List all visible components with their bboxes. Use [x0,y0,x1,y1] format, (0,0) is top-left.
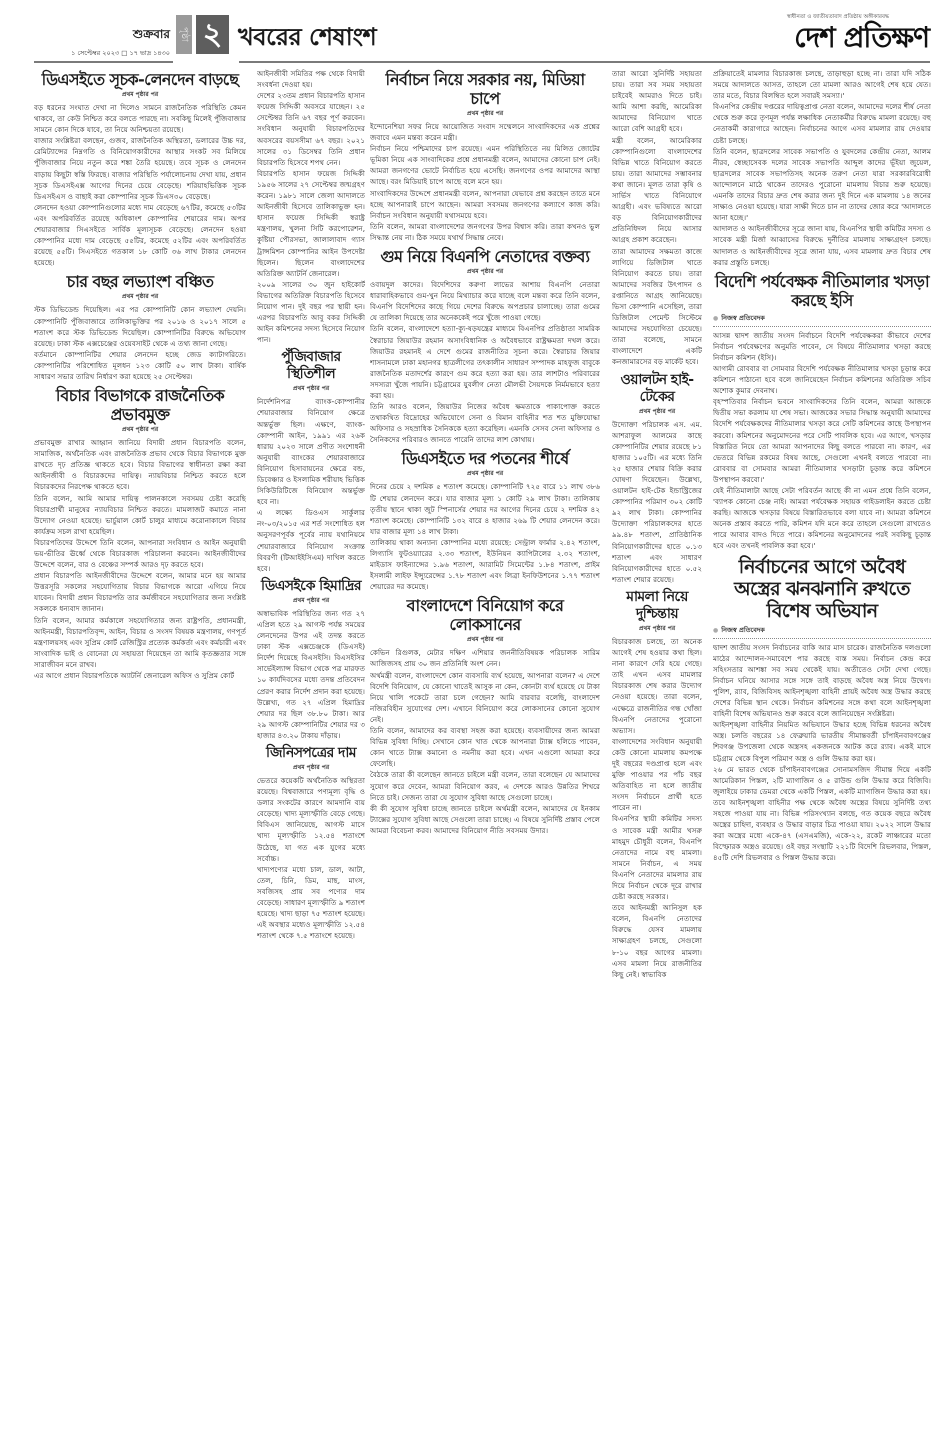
paragraph: বাংলাদেশের সংবিধান অনুযায়ী কেউ কোনো মাম… [612,736,702,814]
paragraph: আসন্ন দ্বাদশ জাতীয় সংসদ নির্বাচনে বিদেশ… [713,330,931,363]
date-block: শুক্রবার ১ সেপ্টেম্বর ২০২৩ □ ১৭ ভাদ্র ১৪… [71,26,170,59]
paragraph: বিচারপতি হাসান ফয়েজ সিদ্দিকী ১৯৫৬ সালের… [257,168,365,279]
paragraph: তারা আমাদের সক্ষমতা কাজে লাগিয়ে ডিজিটাল… [612,246,702,368]
paragraph: ২৬ মে ভারত থেকে চাঁপাইনবাবগঞ্জের সোনামসজ… [713,764,931,797]
story-walton: ওয়ালটন হাই-টেকের প্রথম পৃষ্ঠার পর উদ্যো… [612,372,702,585]
story-dse-index: ডিএসইতে সূচক-লেনদেন বাড়ছে প্রথম পৃষ্ঠার… [34,70,246,268]
paragraph: তবে আইনমন্ত্রী আনিসুল হক বলেন, বিএনপি নে… [612,902,702,980]
jump-line: প্রথম পৃষ্ঠার পর [257,595,365,606]
paragraph: নির্বাচন নিয়ে পশ্চিমাদের চাপ রয়েছে। এম… [370,143,600,187]
headline[interactable]: বাংলাদেশে বিনিয়োগ করে লোকসানের [370,596,600,634]
paragraph: তবে আইনশৃঙ্খলা বাহিনীর পক্ষ থেকে অবৈধ অস… [713,797,931,864]
jump-line: প্রথম পৃষ্ঠার পর [257,383,365,394]
paragraph: তিনি বলেন, আমরা বাংলাদেশের জনগণের উপর বি… [370,221,600,243]
headline[interactable]: ডিএসইতে দর পতনের শীর্ষে [370,449,600,468]
masthead: শুক্রবার ১ সেপ্টেম্বর ২০২৩ □ ১৭ ভাদ্র ১৪… [0,0,945,66]
byline: নিজস্ব প্রতিবেদক [713,313,931,324]
paragraph: প্রভাবমুক্ত রাখার আহ্বান জানিয়ে বিদায়ী… [34,437,246,492]
paragraph: যেই নীতিমালাটা আছে সেটা পরিবর্তন আছে কী … [713,485,931,552]
headline[interactable]: পুঁজিবাজার স্থিতিশীল [257,349,365,383]
paragraph: আদালত ও আইনজীবীদের সূত্রে জানা যায়, বিএ… [713,223,931,267]
jump-line: প্রথম পৃষ্ঠার পর [34,424,246,435]
paragraph: তিনি বলেন, বাংলাদেশে হত্যা-ক্যু-ষড়যন্ত্… [370,323,600,401]
header-rule-right [239,61,930,63]
paragraph: তিনি বলেন, ছাত্রদলের সাবেক সভাপতি ও যুবদ… [713,146,931,224]
header-rule-left [34,61,173,63]
story-enforced-disappearance: গুম নিয়ে বিএনপি নেতাদের বক্তব্য প্রথম প… [370,247,600,445]
paragraph: প্রক্রিয়াতেই মামলার বিচারকাজ চলছে, তাড়… [713,68,931,101]
paragraph: আইনশৃঙ্খলা বাহিনীর নিয়মিত অভিযানে উদ্ধা… [713,719,931,763]
headline[interactable]: বিদেশি পর্যবেক্ষক নীতিমালার খসড়া করছে ই… [713,272,931,310]
paragraph: বিএনপির স্থায়ী কমিটির সদস্য ও সাবেক মন্… [612,813,702,902]
paragraph: তিনি বলেন, আমি আমার দায়িত্ব পালনকালে সব… [34,493,246,537]
paragraph: তিনি বলেন, আমার কর্মকালে সহযোগিতার জন্য … [34,615,246,670]
issue-date: ১ সেপ্টেম্বর ২০২৩ □ ১৭ ভাদ্র ১৪৩০ [71,48,170,59]
paragraph: তারা আরো সুনির্দিষ্ট সহায়তা চায়। তারা … [612,68,702,135]
story-dse-drop: ডিএসইতে দর পতনের শীর্ষে প্রথম পৃষ্ঠার পর… [370,449,600,592]
page-tag: পৃষ্ঠা [176,15,192,54]
story-judiciary-continued: আইনজীবী সমিতির পক্ষ থেকে বিদায়ী সংবর্ধন… [257,68,365,345]
paragraph: তিনি আরও বলেন, জিয়াউর নিজের অবৈধ ক্ষমতা… [370,401,600,445]
paragraph: নির্দেশনিপত্র ব্যাংক-কোম্পানীর শেয়ারবাজ… [257,396,365,507]
story-himadri: ডিএসইকে হিমাদ্রির প্রথম পৃষ্ঠার পর অস্বা… [257,578,365,741]
story-capital-market: পুঁজিবাজার স্থিতিশীল প্রথম পৃষ্ঠার পর নি… [257,349,365,574]
column-4: তারা আরো সুনির্দিষ্ট সহায়তা চায়। তারা … [612,68,702,1408]
paragraph: তিনি বলেন, আমাদের কর ব্যবস্থা সহজ করা হয… [370,725,600,769]
paragraph: প্রধান বিচারপতি আইনজীবীদের উদ্দেশে বলেন,… [34,570,246,614]
newspaper-brand: স্বাধীনতা ও জাতীয়তাবাদ প্রতিষ্ঠায় অঙ্গ… [787,14,929,54]
column-3: নির্বাচন নিয়ে সরকার নয়, মিডিয়া চাপে প… [370,68,600,1408]
story-investment-continued: তারা আরো সুনির্দিষ্ট সহায়তা চায়। তারা … [612,68,702,368]
headline[interactable]: ডিএসইকে হিমাদ্রির [257,578,365,595]
jump-line: প্রথম পৃষ্ঠার পর [370,634,600,645]
headline[interactable]: মামলা নিয়ে দুশ্চিন্তায় [612,589,702,623]
paragraph: বৈঠকে তারা কী বলেছেন জানতে চাইলে মন্ত্রী… [370,769,600,802]
story-illegal-arms: নির্বাচনের আগে অবৈধ অস্ত্রের ঝনঝনানি রুখ… [713,556,931,864]
column-2: আইনজীবী সমিতির পক্ষ থেকে বিদায়ী সংবর্ধন… [257,68,365,1408]
headline[interactable]: নির্বাচনের আগে অবৈধ অস্ত্রের ঝনঝনানি রুখ… [713,556,931,622]
issue-day: শুক্রবার [71,26,170,46]
paragraph: সাংবাদিকদের উদ্দেশে প্রধানমন্ত্রী বলেন, … [370,188,600,221]
paragraph: বিচারপতিদের উদ্দেশে তিনি বলেন, আপনারা সং… [34,537,246,570]
paragraph: ইন্দোনেশিয়া সফর নিয়ে আয়োজিত সংবাদ সম্… [370,121,600,143]
column-5: প্রক্রিয়াতেই মামলার বিচারকাজ চলছে, তাড়… [713,68,931,1408]
paragraph: উদ্যোক্তা পরিচালক এস. এম. আশরাফুল আলমের … [612,419,702,585]
paragraph: কেভিন রিগুলক, মেটার দক্ষিণ এশিয়ার জননীত… [370,647,600,669]
jump-line: প্রথম পৃষ্ঠার পর [370,266,600,277]
story-dividend: চার বছর লভ্যাংশ বঞ্চিত প্রথম পৃষ্ঠার পর … [34,272,246,382]
headline[interactable]: ওয়ালটন হাই-টেকের [612,372,702,406]
story-election-media: নির্বাচন নিয়ে সরকার নয়, মিডিয়া চাপে প… [370,70,600,243]
jump-line: প্রথম পৃষ্ঠার পর [612,623,702,634]
paragraph: বর্তমানে কোম্পানিটির শেয়ার লেনদেন হচ্ছে… [34,349,246,382]
paragraph: আইনজীবী সমিতির পক্ষ থেকে বিদায়ী সংবর্ধন… [257,68,365,90]
paragraph: বিচারকাজ চলছে, তা অনেক আগেই শেষ হওয়ার ক… [612,636,702,736]
paragraph: আগামী রোববার বা সোমবার বিদেশি পর্যবেক্ষক… [713,363,931,396]
paragraph: এ লক্ষ্যে ডিওএস সার্কুলার নং-০৩/২০১৫ এর … [257,507,365,574]
paragraph: ভেতরে কয়েকটি অর্থনৈতিক অস্থিরতা রয়েছে।… [257,775,365,864]
column-1: ডিএসইতে সূচক-লেনদেন বাড়ছে প্রথম পৃষ্ঠার… [34,68,246,1408]
paragraph: ২০০৯ সালের ৩০ জুন হাইকোর্ট বিভাগের অতিরি… [257,279,365,346]
page-number: ২ [196,15,229,54]
headline[interactable]: ডিএসইতে সূচক-লেনদেন বাড়ছে [34,70,246,89]
paragraph: কী কী সুযোগ সুবিধা চাচ্ছে জানতে চাইলে অর… [370,803,600,836]
paragraph: দিনের চেয়ে ২ দশমিক ৫ শতাংশ কমেছে। কোম্প… [370,481,600,536]
jump-line: প্রথম পৃষ্ঠার পর [34,291,246,302]
paragraph: বড় ধরনের সংঘাত দেখা না দিলেও সামনে রাজন… [34,102,246,135]
section-title: খবরের শেষাংশ [238,19,376,59]
paragraph: স্টক ডিভিডেন্ড দিয়েছিল। এর পর কোম্পানিট… [34,304,246,348]
headline[interactable]: বিচার বিভাগকে রাজনৈতিক প্রভাবমুক্ত [34,386,246,424]
paragraph: মন্ত্রী বলেন, আমেরিকার কোম্পানিগুলো বাংল… [612,135,702,246]
story-commodities: জিনিসপত্রের দাম প্রথম পৃষ্ঠার পর ভেতরে ক… [257,745,365,941]
story-judiciary: বিচার বিভাগকে রাজনৈতিক প্রভাবমুক্ত প্রথম… [34,386,246,681]
brand-logo: দেশ প্রতিক্ষণ [787,22,929,54]
paragraph: অর্থমন্ত্রী বলেন, বাংলাদেশে কোন ব্যবসায়… [370,670,600,725]
divider [713,638,931,639]
paragraph: অস্বাভাবিক পরিস্থিতির জন্য গত ২৭ এপ্রিল … [257,608,365,741]
story-investment: বাংলাদেশে বিনিয়োগ করে লোকসানের প্রথম পৃ… [370,596,600,836]
byline: নিজস্ব প্রতিবেদক [713,625,931,636]
paragraph: খাদ্যপণ্যের মধ্যে চাল, ডাল, আটা, তেল, চি… [257,864,365,942]
story-court-cases: মামলা নিয়ে দুশ্চিন্তায় প্রথম পৃষ্ঠার প… [612,589,702,980]
jump-line: প্রথম পৃষ্ঠার পর [370,108,600,119]
paragraph: লেনদেন হওয়া কোম্পানিগুলোর মধ্যে দাম বেড… [34,202,246,269]
paragraph: তালিকায় থাকা অন্যান্য কোম্পানির মধ্যে র… [370,537,600,592]
paragraph: দেশের ২৩তম প্রধান বিচারপতি হাসান ফয়েজ স… [257,90,365,168]
jump-line: প্রথম পৃষ্ঠার পর [34,89,246,100]
paragraph: দ্বাদশ জাতীয় সংসদ নির্বাচনের বাকি আর মা… [713,642,931,720]
jump-line: প্রথম পৃষ্ঠার পর [612,406,702,417]
paragraph: ওবায়দুল কাদের। বিদেশিদের করুণা লাভের আশ… [370,279,600,323]
story-trial-continued: প্রক্রিয়াতেই মামলার বিচারকাজ চলছে, তাড়… [713,68,931,268]
jump-line: প্রথম পৃষ্ঠার পর [257,762,365,773]
headline[interactable]: গুম নিয়ে বিএনপি নেতাদের বক্তব্য [370,247,600,266]
paragraph: বাজার সংশ্লিষ্টরা বলছেন, গুজব, রাজনৈতিক … [34,135,246,202]
paragraph: বিএনপির কেন্দ্রীয় দপ্তরের দায়িত্বপ্রাপ… [713,101,931,145]
headline[interactable]: জিনিসপত্রের দাম [257,745,365,762]
divider [713,326,931,327]
story-observers: বিদেশি পর্যবেক্ষক নীতিমালার খসড়া করছে ই… [713,272,931,552]
headline[interactable]: চার বছর লভ্যাংশ বঞ্চিত [34,272,246,291]
paragraph: বৃহস্পতিবার নির্বাচন ভবনে সাংবাদিকদের তি… [713,396,931,485]
jump-line: প্রথম পৃষ্ঠার পর [370,468,600,479]
headline[interactable]: নির্বাচন নিয়ে সরকার নয়, মিডিয়া চাপে [370,70,600,108]
paragraph: এর আগে প্রধান বিচারপতিকে অ্যাটর্নি জেনার… [34,670,246,681]
